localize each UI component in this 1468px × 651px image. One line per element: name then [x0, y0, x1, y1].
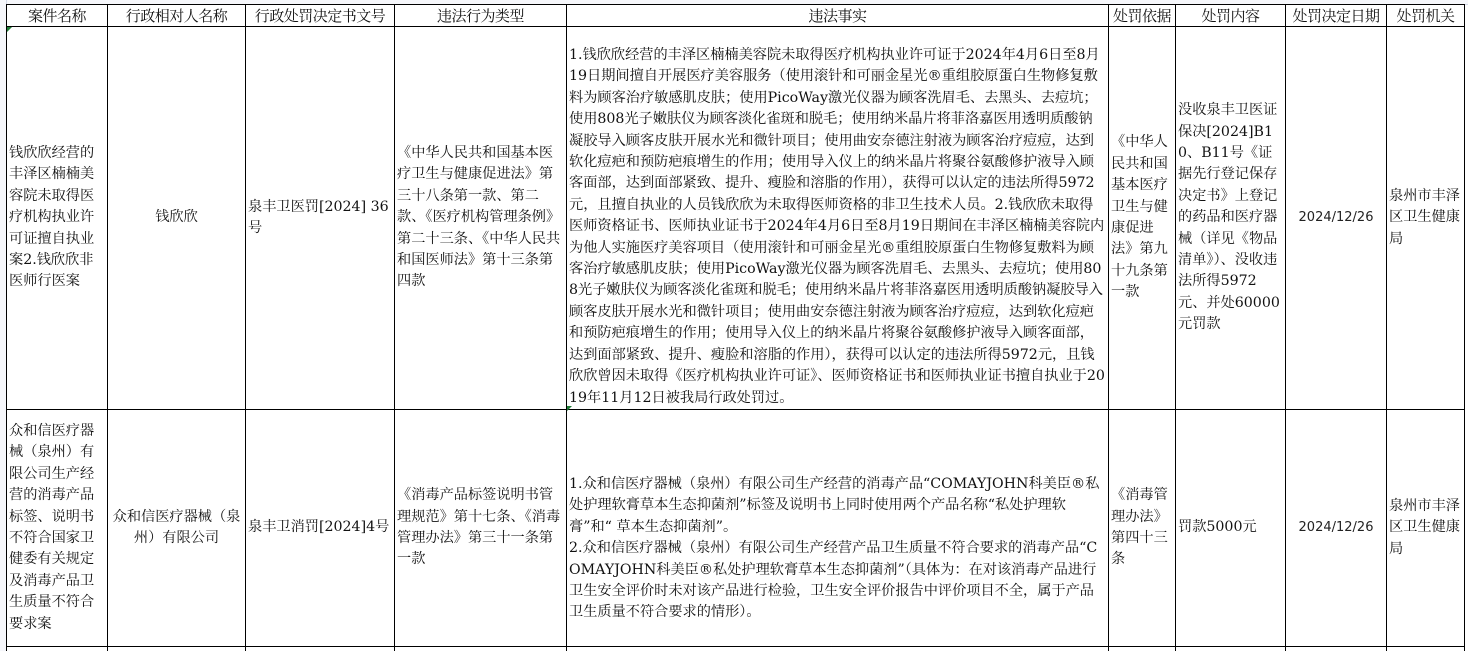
- header-date[interactable]: 处罚决定日期: [1286, 5, 1387, 27]
- spreadsheet-grid: 案件名称 行政相对人名称 行政处罚决定书文号 违法行为类型 违法事实 处罚依据 …: [6, 4, 1465, 651]
- cell-empty[interactable]: [1176, 646, 1286, 651]
- cell-case-name[interactable]: 众和信医疗器械（泉州）有限公司生产经营的消毒产品标签、说明书不符合国家卫健委有关…: [7, 409, 108, 646]
- table-row: 钱欣欣经营的丰泽区楠楠美容院未取得医疗机构执业许可证擅自执业案2.钱欣欣非医师行…: [7, 27, 1465, 410]
- table-row-empty: [7, 646, 1465, 651]
- cell-party[interactable]: 众和信医疗器械（泉州）有限公司: [108, 409, 246, 646]
- header-facts[interactable]: 违法事实: [567, 5, 1109, 27]
- cell-empty[interactable]: [395, 646, 567, 651]
- header-party[interactable]: 行政相对人名称: [108, 5, 246, 27]
- cell-authority[interactable]: 泉州市丰泽区卫生健康局: [1387, 409, 1465, 646]
- cell-empty[interactable]: [7, 646, 108, 651]
- cell-case-name[interactable]: 钱欣欣经营的丰泽区楠楠美容院未取得医疗机构执业许可证擅自执业案2.钱欣欣非医师行…: [7, 27, 108, 410]
- header-case-name[interactable]: 案件名称: [7, 5, 108, 27]
- facts-text-2: 2.众和信医疗器械（泉州）有限公司生产经营产品卫生质量不符合要求的消毒产品“CO…: [569, 538, 1106, 624]
- cell-date[interactable]: 2024/12/26: [1286, 409, 1387, 646]
- header-basis[interactable]: 处罚依据: [1109, 5, 1176, 27]
- facts-text-1: 1.众和信医疗器械（泉州）有限公司生产经营的消毒产品“COMAYJOHN科美臣®…: [569, 432, 1106, 538]
- header-authority[interactable]: 处罚机关: [1387, 5, 1465, 27]
- header-content[interactable]: 处罚内容: [1176, 5, 1286, 27]
- cell-doc-no[interactable]: 泉丰卫医罚[2024] 36号: [246, 27, 395, 410]
- cell-empty[interactable]: [1286, 646, 1387, 651]
- cell-violation-type[interactable]: 《中华人民共和国基本医疗卫生与健康促进法》第三十八条第一款、第二款、《医疗机构管…: [395, 27, 567, 410]
- facts-text: 1.钱欣欣经营的丰泽区楠楠美容院未取得医疗机构执业许可证于2024年4月6日至8…: [569, 27, 1106, 409]
- cell-empty[interactable]: [1109, 646, 1176, 651]
- cell-facts[interactable]: 1.众和信医疗器械（泉州）有限公司生产经营的消毒产品“COMAYJOHN科美臣®…: [567, 409, 1109, 646]
- cell-empty[interactable]: [1387, 646, 1465, 651]
- cell-content[interactable]: 罚款5000元: [1176, 409, 1286, 646]
- comment-marker-icon: [7, 27, 12, 32]
- header-doc-no[interactable]: 行政处罚决定书文号: [246, 5, 395, 27]
- cell-doc-no[interactable]: 泉丰卫消罚[2024]4号: [246, 409, 395, 646]
- comment-marker-icon: [567, 406, 572, 411]
- header-violation-type[interactable]: 违法行为类型: [395, 5, 567, 27]
- cell-party[interactable]: 钱欣欣: [108, 27, 246, 410]
- cell-authority[interactable]: 泉州市丰泽区卫生健康局: [1387, 27, 1465, 410]
- cell-empty[interactable]: [567, 646, 1109, 651]
- cell-content[interactable]: 没收泉丰卫医证保决[2024]B10、B11号《证据先行登记保存决定书》上登记的…: [1176, 27, 1286, 410]
- cell-date[interactable]: 2024/12/26: [1286, 27, 1387, 410]
- cell-basis[interactable]: 《消毒管理办法》第四十三条: [1109, 409, 1176, 646]
- header-row: 案件名称 行政相对人名称 行政处罚决定书文号 违法行为类型 违法事实 处罚依据 …: [7, 5, 1465, 27]
- table-row: 众和信医疗器械（泉州）有限公司生产经营的消毒产品标签、说明书不符合国家卫健委有关…: [7, 409, 1465, 646]
- cell-violation-type[interactable]: 《消毒产品标签说明书管理规范》第十七条、《消毒管理办法》第三十一条第一款: [395, 409, 567, 646]
- cell-basis[interactable]: 《中华人民共和国基本医疗卫生与健康促进法》第九十九条第一款: [1109, 27, 1176, 410]
- cell-empty[interactable]: [246, 646, 395, 651]
- cell-facts[interactable]: 1.钱欣欣经营的丰泽区楠楠美容院未取得医疗机构执业许可证于2024年4月6日至8…: [567, 27, 1109, 410]
- cell-empty[interactable]: [108, 646, 246, 651]
